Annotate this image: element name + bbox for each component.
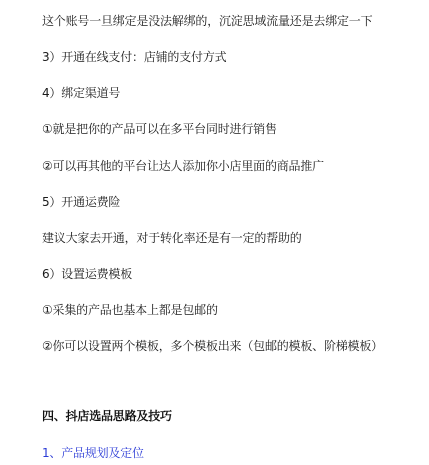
paragraph-online-payment: 3）开通在线支付：店铺的支付方式 [42,49,226,65]
paragraph-shipping-insurance: 5）开通运费险 [42,194,120,210]
paragraph-account-binding-note: 这个账号一旦绑定是没法解绑的，沉淀思域流量还是去绑定一下 [42,13,372,29]
subheading-link-product-planning[interactable]: 1、产品规划及定位 [42,445,144,461]
paragraph-insurance-advice: 建议大家去开通，对于转化率还是有一定的帮助的 [42,230,302,246]
document-page: 这个账号一旦绑定是没法解绑的，沉淀思域流量还是去绑定一下 3）开通在线支付：店铺… [0,0,429,465]
paragraph-multiple-templates: ②你可以设置两个模板，多个模板出来（包邮的模板、阶梯模板） [42,338,383,354]
paragraph-multi-platform-sales: ①就是把你的产品可以在多平台同时进行销售 [42,121,277,137]
paragraph-bind-channel: 4）绑定渠道号 [42,85,120,101]
paragraph-shipping-template: 6）设置运费模板 [42,266,132,282]
section-heading: 四、抖店选品思路及技巧 [42,408,172,424]
paragraph-free-shipping-products: ①采集的产品也基本上都是包邮的 [42,302,218,318]
paragraph-influencer-promotion: ②可以再其他的平台让达人添加你小店里面的商品推广 [42,158,324,174]
